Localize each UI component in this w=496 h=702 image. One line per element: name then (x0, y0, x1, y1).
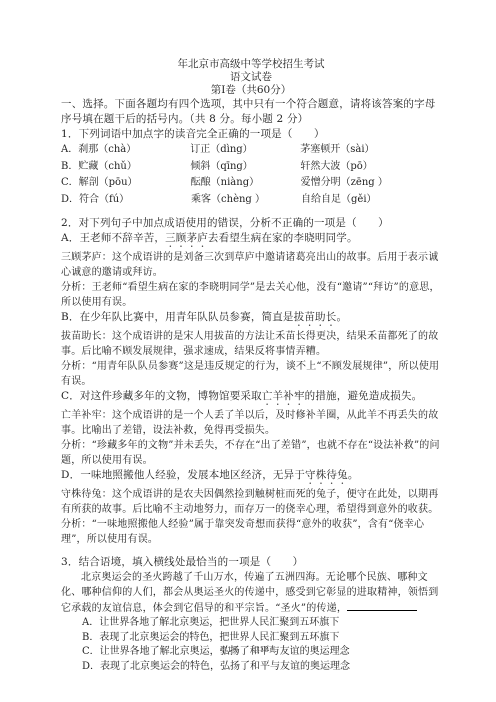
q2-c-explanation: 亡羊补牢：这个成语讲的是一个人丢了羊以后，及时修补羊圈，从此羊不再丢失的故事。比… (61, 408, 441, 438)
q1-option-c: C．解剖（pōu）酝酿（niàng）爱憎分明（zēng ） (61, 175, 441, 192)
page-total: 共10页 (253, 646, 276, 654)
q2-b-explanation: 拔苗助长：这个成语讲的是宋人用拔苗的方法让禾苗长得更决，结果禾苗都死了的故事。后… (61, 329, 441, 359)
instructions-line-1: 一、选择。下面各题均有四个选项，其中只有一个符合题意，请将该答案的字母 (61, 97, 441, 112)
q3-stem: 3．结合语境，填入横线处最恰当的一项是（ ） (61, 555, 441, 570)
q1-options: A．刹那（chà）订正（dìng）茅塞顿开（sài） B．贮藏（chǔ）倾斜（q… (61, 142, 441, 208)
exam-page: 年北京市高级中等学校招生考试 语文试卷 第Ⅰ卷（共60分） 一、选择。下面各题均… (61, 58, 441, 674)
q1-option-d: D．符合（fú）乘客（chèng ）自给自足（gěi） (61, 192, 441, 209)
q2-idiom-c: 亡羊补牢 (262, 390, 305, 402)
q1-stem: 1．下列词语中加点字的读音完全正确的一项是（ ） (61, 127, 441, 142)
q2-a-analysis: 分析：王老师“看望生病在家的李晓明同学”是去关心他，没有“邀请”“拜访”的意思，… (61, 280, 441, 310)
q3-option-a: A．让世界各地了解北京奥运，把世界人民汇聚到五环旗下 (61, 616, 441, 631)
exam-title: 年北京市高级中等学校招生考试 (61, 58, 441, 71)
q2-option-b: B．在少年队比赛中，用青年队队员参赛，简直是拔苗助长。 (61, 310, 441, 329)
q2-d-explanation: 守株待兔：这个成语讲的是农夫因偶然捡到触树桩而死的兔子，便守在此处，以期再有所获… (61, 487, 441, 517)
q2-stem: 2．对下列句子中加点成语使用的错误，分析不正确的一项是（ ） (61, 216, 441, 231)
q3-option-b: B．表现了北京奥运会的特色，把世界人民汇聚到五环旗下 (61, 631, 441, 646)
q2-c-analysis: 分析：“珍藏多年的文物”并未丢失，不存在“出了差错”，也就不存在“设法补救”的问… (61, 438, 441, 468)
q3-passage: 北京奥运会的圣火跨越了千山万水，传遍了五洲四海。无论哪个民族、哪种文化、哪种信仰… (61, 570, 441, 616)
exam-subtitle: 语文试卷 (61, 71, 441, 84)
page-footer: 第1页共10页 (0, 645, 496, 655)
q3-option-d: D．表现了北京奥运会的特色，弘扬了和平与友谊的奥运理念 (61, 660, 441, 675)
q1-option-a: A．刹那（chà）订正（dìng）茅塞顿开（sài） (61, 142, 441, 159)
q2-idiom-a: 三顾茅庐 (165, 232, 208, 244)
q2-option-c: C．对这件珍藏多年的文物，博物馆要采取亡羊补牢的措施，避免造成损失。 (61, 389, 441, 408)
section-heading: 第Ⅰ卷（共60分） (61, 84, 441, 97)
answer-blank (347, 600, 417, 611)
q2-idiom-d: 守株待兔 (305, 469, 348, 481)
q2-option-a: A．王老师不辞辛苦，三顾茅庐去看望生病在家的李晓明同学。 (61, 231, 441, 250)
q1-option-b: B．贮藏（chǔ）倾斜（qīng）轩然大波（pō） (61, 159, 441, 176)
q2-d-analysis: 分析：“一味地照搬他人经验”属于靠突发奇想而获得“意外的收获”，含有“侥幸心理”… (61, 517, 441, 547)
q2-a-explanation: 三顾茅庐：这个成语讲的是刘备三次到草庐中邀请诸葛亮出山的故事。后用于表示诚心诚意… (61, 250, 441, 280)
q2-b-analysis: 分析：“用青年队队员参赛”这是违反规定的行为，谈不上“不顾发展规律”，所以使用有… (61, 359, 441, 389)
instructions-line-2: 序号填在题干后的括号内。（共 8 分。每小题 2 分） (61, 112, 441, 127)
q2-idiom-b: 拔苗助长 (294, 311, 337, 323)
q2-option-d: D．一味地照搬他人经验，发展本地区经济，无异于守株待兔。 (61, 468, 441, 487)
page-number: 第1页 (220, 646, 238, 654)
